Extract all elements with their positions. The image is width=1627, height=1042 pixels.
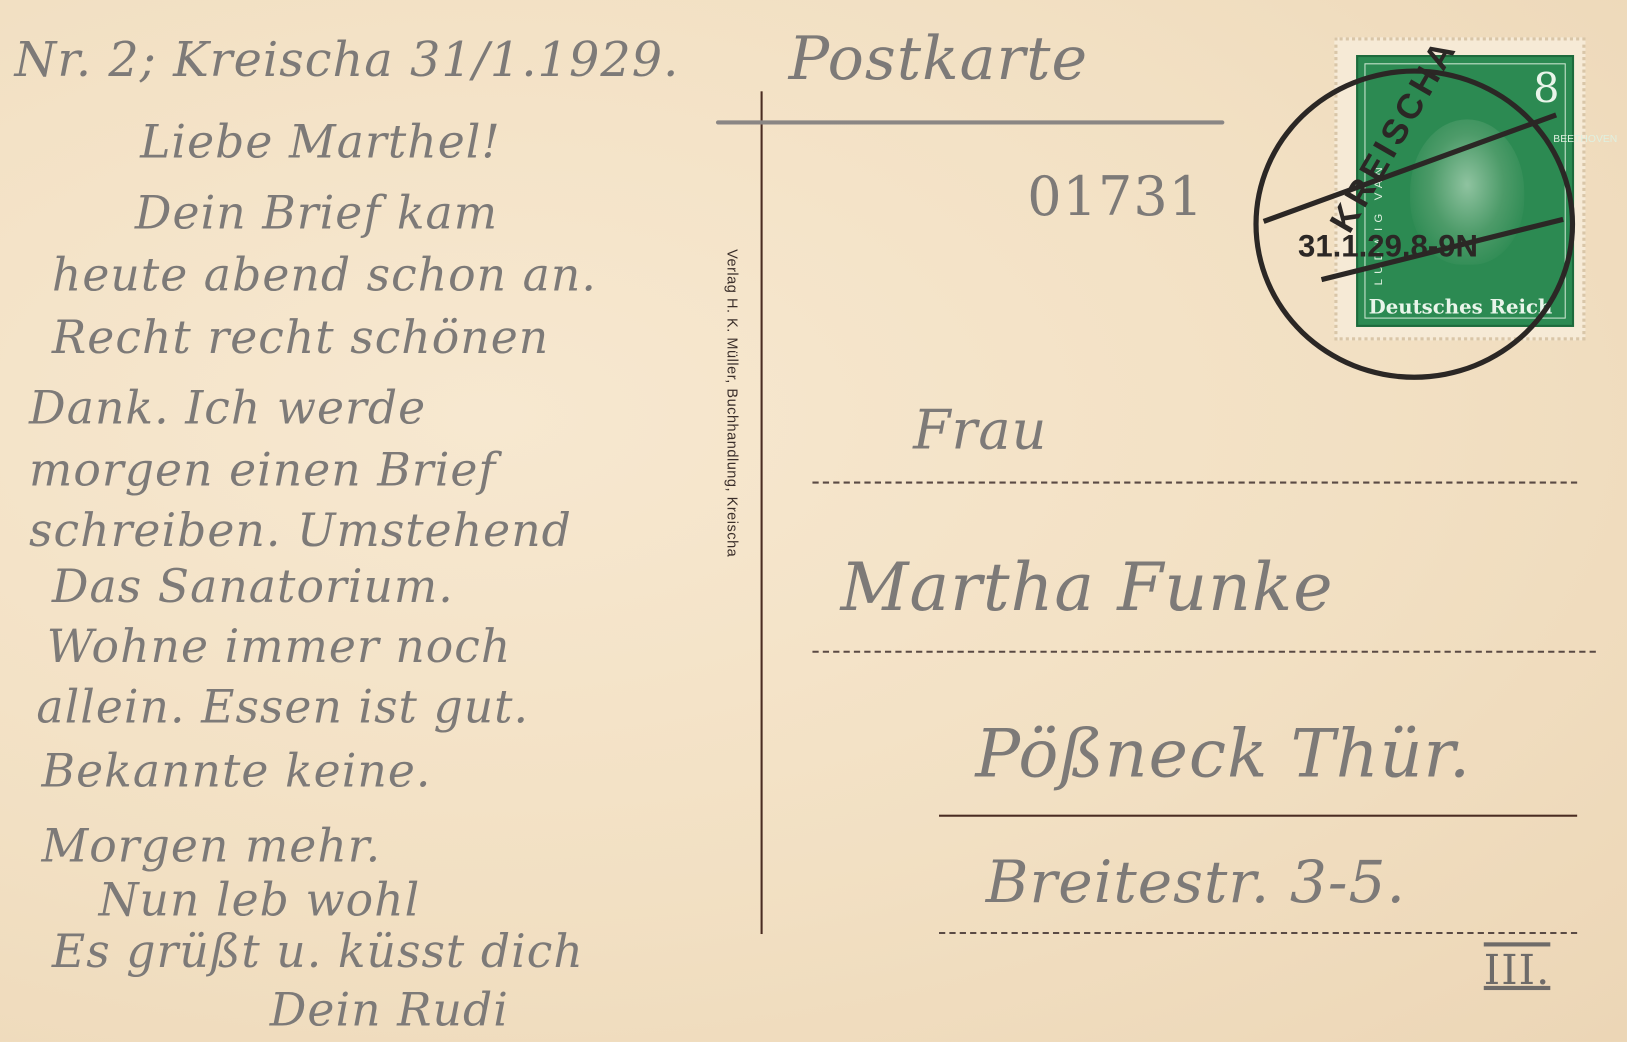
message-line: allein. Essen ist gut.: [36, 681, 529, 734]
archive-number: 01731: [1027, 166, 1204, 228]
address-floor: III.: [1484, 946, 1551, 994]
message-line: schreiben. Umstehend: [29, 504, 572, 557]
address-line-3: [939, 815, 1577, 817]
stamp-value: 8: [1533, 65, 1559, 113]
message-line: Bekannte keine.: [42, 745, 432, 798]
postcard-back: Nr. 2; Kreischa 31/1.1929. Liebe Marthel…: [0, 0, 1627, 1042]
address-salutation: Frau: [913, 400, 1047, 462]
message-line: Morgen mehr.: [42, 820, 382, 873]
address-line-1: [812, 482, 1577, 484]
signature: Dein Rudi: [270, 984, 509, 1037]
message-line: Recht recht schönen: [52, 311, 549, 364]
publisher-imprint: Verlag H. K. Müller, Buchhandlung, Kreis…: [724, 249, 741, 557]
message-line: Es grüßt u. küsst dich: [52, 926, 584, 979]
center-divider: [761, 91, 763, 934]
message-line: Dein Brief kam: [135, 187, 498, 240]
postmark-date: 31.1.29.8-9N: [1298, 229, 1478, 264]
message-header: Nr. 2; Kreischa 31/1.1929.: [15, 31, 680, 87]
postkarte-label: Postkarte: [789, 23, 1089, 94]
header-underline: [716, 120, 1224, 124]
address-line-4: [939, 932, 1577, 934]
address-name: Martha Funke: [840, 550, 1333, 627]
message-line: Dank. Ich werde: [29, 382, 426, 435]
address-city: Pößneck Thür.: [975, 716, 1471, 793]
address-line-2: [812, 651, 1595, 653]
message-line: Nun leb wohl: [99, 874, 421, 927]
greeting: Liebe Marthel!: [140, 116, 501, 169]
message-line: morgen einen Brief: [29, 444, 496, 497]
message-line: heute abend schon an.: [52, 249, 597, 302]
message-line: Das Sanatorium.: [52, 560, 454, 613]
postmark-circle: KREISCHA 31.1.29.8-9N: [1253, 68, 1575, 379]
message-line: Wohne immer noch: [47, 621, 512, 674]
address-street: Breitestr. 3-5.: [986, 849, 1406, 916]
stamp-right-inscription: BEETHOVEN: [1553, 130, 1568, 151]
